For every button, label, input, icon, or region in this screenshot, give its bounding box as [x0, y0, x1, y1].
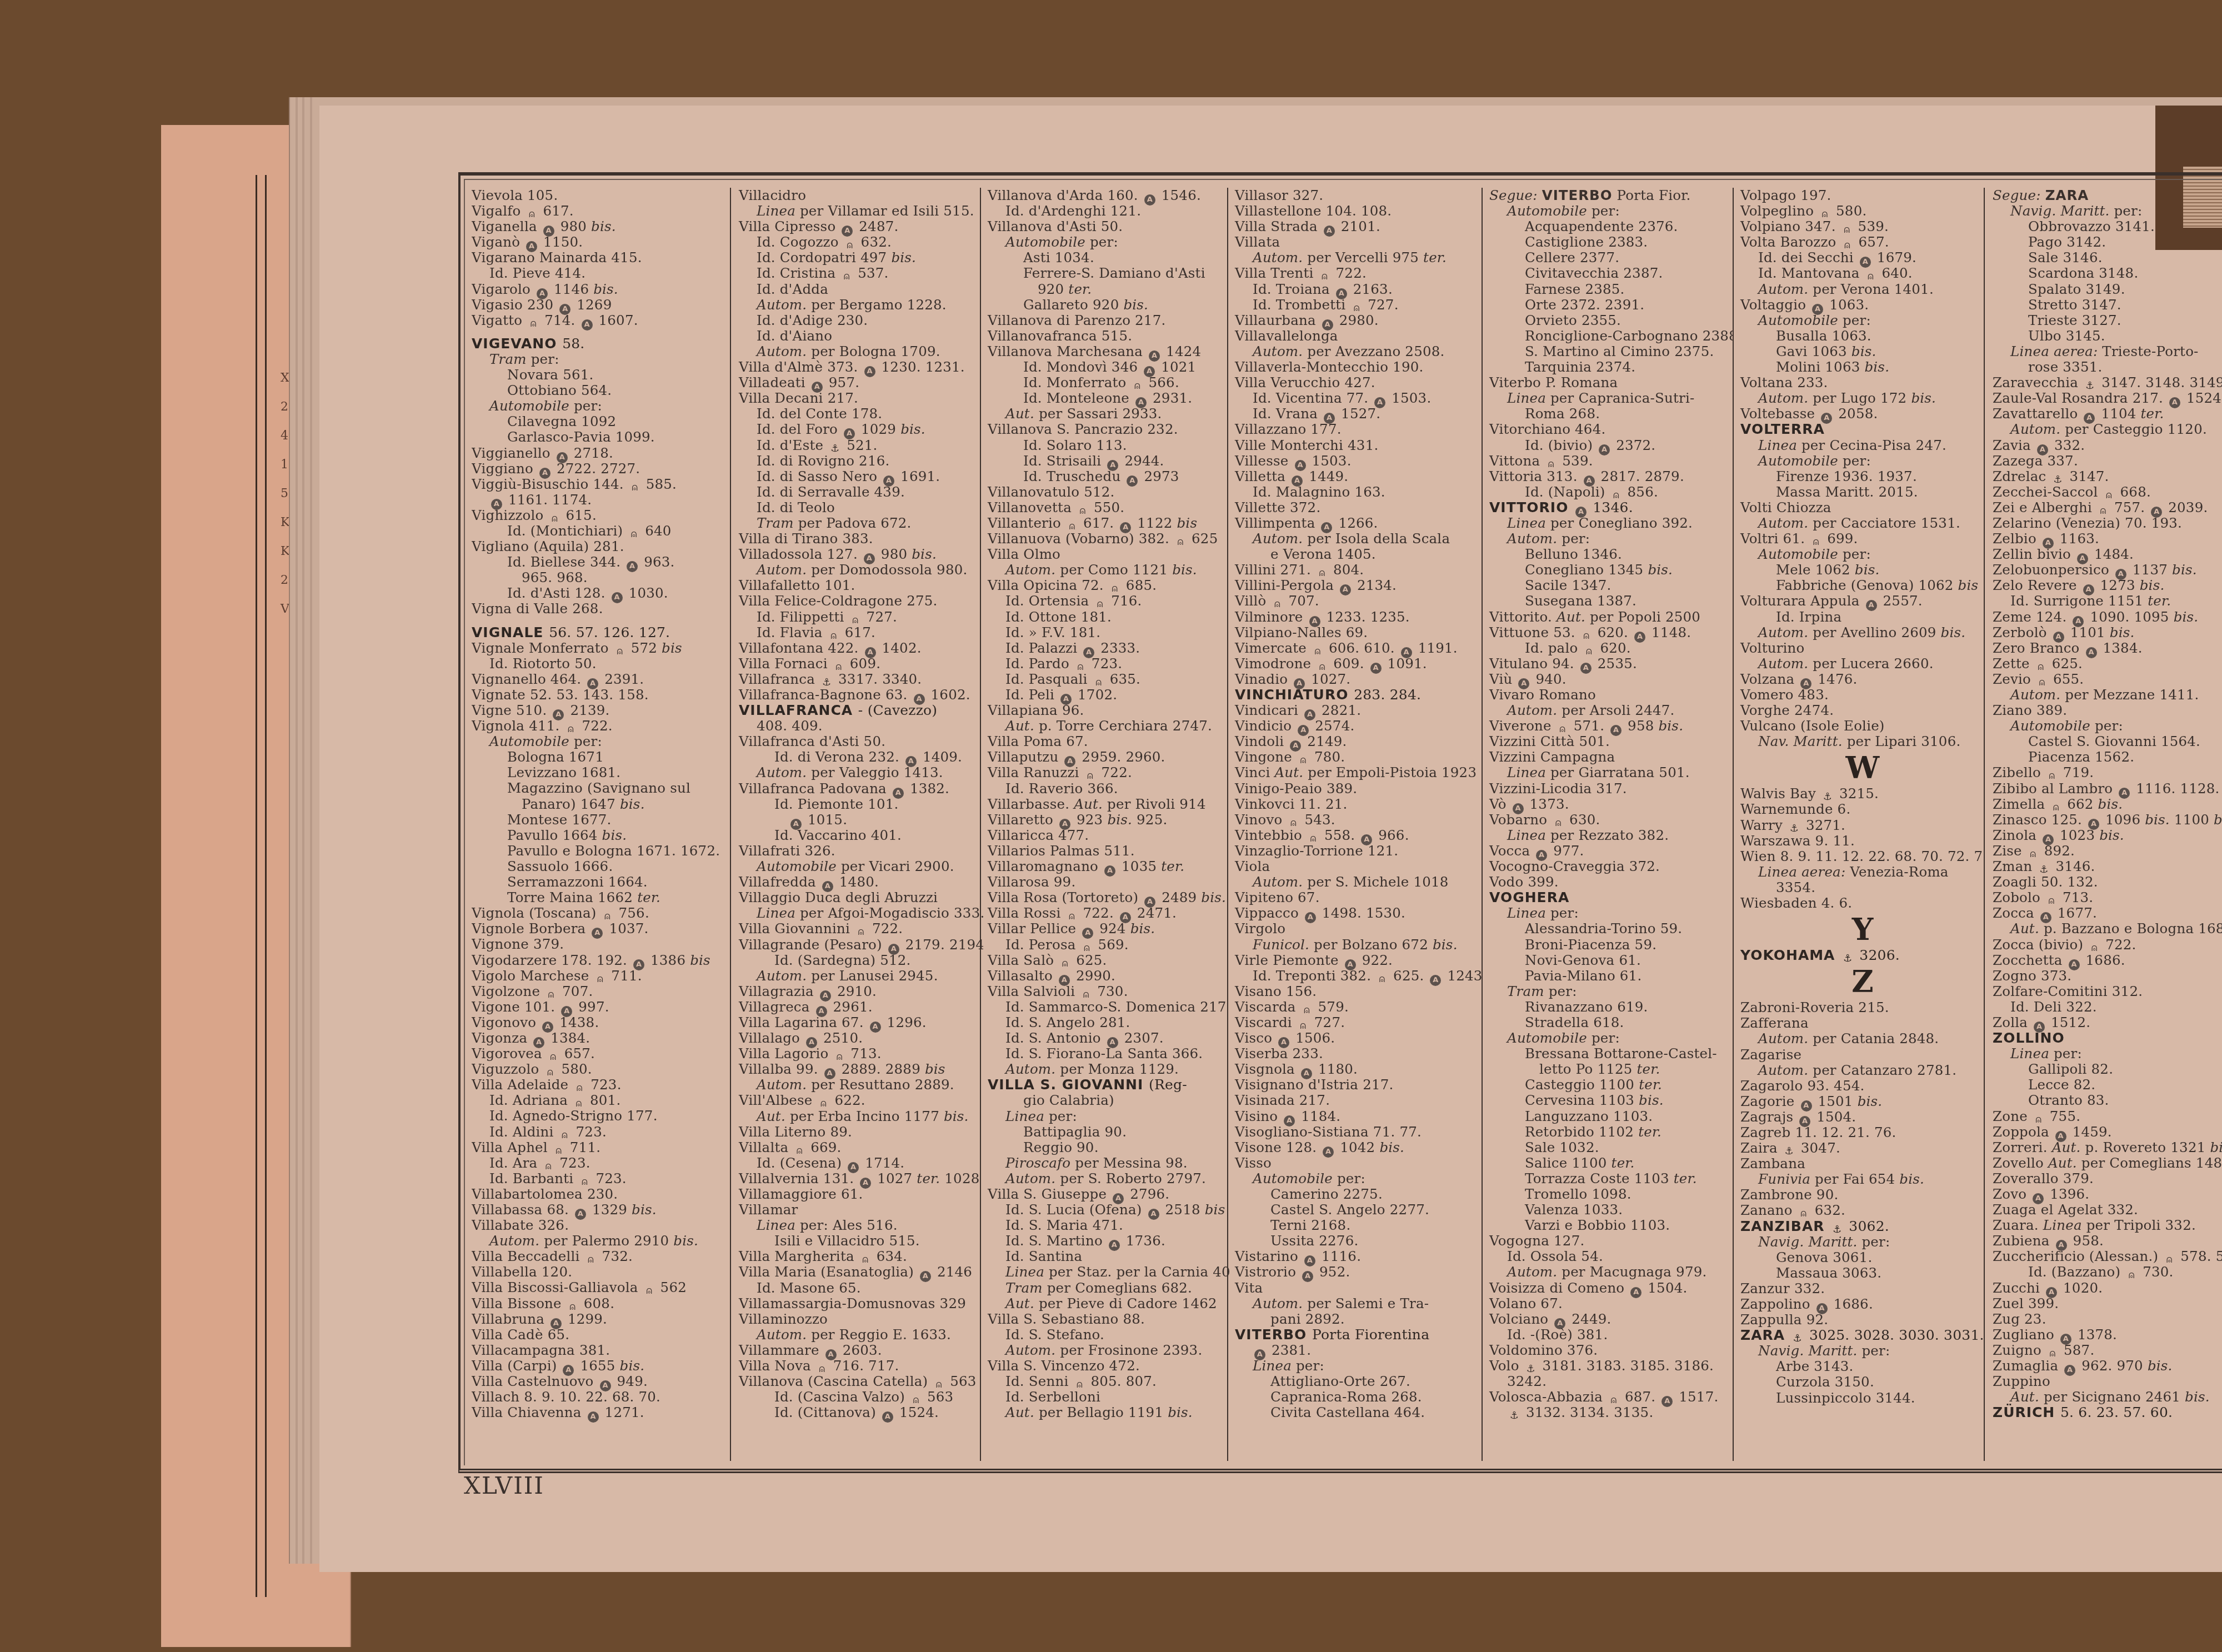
index-subentry: Tram per:: [1489, 984, 1734, 999]
italic-annotation: bis.: [620, 1358, 645, 1374]
headword-entry: VIGEVANO 58.: [472, 336, 722, 352]
headword-references: 58.: [562, 336, 584, 352]
italic-annotation: Aut.: [1005, 1404, 1034, 1420]
index-entry: Visino A 1184.: [1235, 1109, 1483, 1124]
index-subentry: Automobile per:: [1489, 1030, 1734, 1046]
index-subentry: Autom. per Bergamo 1228.: [739, 297, 983, 313]
italic-annotation: Linea: [757, 905, 795, 921]
index-entry: Villalvernia 131. A 1027 ter. 1028: [739, 1171, 983, 1187]
index-entry: Villazzano 177.: [1235, 422, 1483, 437]
index-entry: Villaretto A 923 bis. 925.: [988, 812, 1230, 828]
italic-annotation: ter.: [1612, 1155, 1635, 1171]
headword-entry: ZOLLINO: [1993, 1030, 2222, 1046]
automobile-circle-icon: A: [870, 1022, 881, 1033]
index-subentry: Autom. per Reggio E. 1633.: [739, 1327, 983, 1343]
page-number: XLVIII: [464, 1472, 544, 1499]
index-subentry: Linea per:: [1489, 905, 1734, 921]
italic-annotation: bis.: [1858, 1093, 1883, 1109]
index-entry: Zelo Revere A 1273 bis.: [1993, 578, 2222, 593]
index-entry: Villanovetta ⍝ 550.: [988, 500, 1230, 515]
index-subentry: Acquapendente 2376.: [1489, 219, 1734, 234]
index-entry: Vindoli A 2149.: [1235, 734, 1483, 749]
index-entry: Villa di Tirano 383.: [739, 531, 983, 547]
index-subentry: Ussita 2276.: [1235, 1233, 1483, 1249]
italic-annotation: Autom.: [1005, 1061, 1055, 1077]
automobile-circle-icon: A: [1104, 865, 1115, 877]
index-subentry: Linea per:: [1993, 1046, 2222, 1062]
headword: YOKOHAMA: [1740, 947, 1840, 963]
headword-continued: ZARA: [2045, 188, 2089, 203]
italic-annotation: bis.: [1107, 812, 1132, 828]
index-column-6: Volpago 197.Volpeglino ⍝ 580.Volpiano 34…: [1733, 188, 1985, 1461]
index-subentry: Aut. per Bellagio 1191 bis.: [988, 1405, 1230, 1420]
index-entry: Villa (Carpi) A 1655 bis.: [472, 1358, 722, 1374]
italic-annotation: Aut.: [1274, 764, 1303, 780]
headword-entry: VIGNALE 56. 57. 126. 127.: [472, 625, 722, 640]
italic-annotation: bis.: [602, 827, 627, 843]
index-subentry: Id. S. Lucia (Ofena) A 2518 bis: [988, 1202, 1230, 1218]
index-column-7: Segue: ZARANavig. Maritt. per:Obbrovazzo…: [1984, 188, 2222, 1461]
index-entry: Vistrorio A 952.: [1235, 1264, 1483, 1280]
index-entry: Visignano d'Istria 217.: [1235, 1077, 1483, 1093]
automobile-circle-icon: A: [575, 1209, 586, 1220]
index-entry: Vò A 1373.: [1489, 797, 1734, 812]
index-subentry: Levizzano 1681.: [472, 765, 722, 780]
index-entry: Villa Lagarina 67. A 1296.: [739, 1015, 983, 1030]
headword-entry: VITTORIO A 1346.: [1489, 500, 1734, 515]
italic-annotation: bis.: [1648, 562, 1673, 578]
index-entry: Vill'Albese ⍝ 622.: [739, 1093, 983, 1108]
index-entry: Zuel 399.: [1993, 1296, 2222, 1311]
index-entry: Villagrazia A 2910.: [739, 984, 983, 999]
index-subentry: Id. d'Este ⚓ 521.: [739, 438, 983, 453]
index-entry: Vippacco A 1498. 1530.: [1235, 905, 1483, 921]
index-subentry: Navig. Maritt. per:: [1993, 203, 2222, 219]
italic-annotation: bis.: [1168, 1404, 1193, 1420]
italic-annotation: Tram: [1507, 983, 1544, 999]
automobile-circle-icon: A: [1109, 1240, 1120, 1251]
index-entry: Vigne 510. A 2139.: [472, 703, 722, 718]
index-subentry: Conegliano 1345 bis.: [1489, 562, 1734, 578]
index-subentry: Mele 1062 bis.: [1740, 562, 1985, 578]
index-subentry: S. Martino al Cimino 2375.: [1489, 344, 1734, 359]
italic-annotation: Autom.: [1253, 249, 1303, 266]
italic-annotation: Autom.: [1758, 281, 1808, 297]
italic-annotation: bis.: [1864, 359, 1889, 375]
index-entry: Vigorovea ⍝ 657.: [472, 1046, 722, 1062]
index-subentry: Automobile per Vicari 2900.: [739, 859, 983, 874]
index-entry: Virle Piemonte A 922.: [1235, 953, 1483, 968]
index-subentry: Lussinpiccolo 3144.: [1740, 1390, 1985, 1406]
headword-entry: ZÜRICH 5. 6. 23. 57. 60.: [1993, 1405, 2222, 1420]
italic-annotation: Autom.: [1253, 343, 1303, 359]
index-subentry: Busalla 1063.: [1740, 328, 1985, 344]
italic-annotation: Autom.: [1507, 702, 1557, 718]
index-entry: Villa Cipresso A 2487.: [739, 219, 983, 234]
italic-annotation: Autom.: [1507, 530, 1557, 547]
index-entry: Voltri 61. ⍝ 699.: [1740, 531, 1985, 547]
index-entry: Viggiù-Bisuschio 144. ⍝ 585.: [472, 477, 722, 492]
index-entry: Vinkovci 11. 21.: [1235, 797, 1483, 812]
index-entry: Viggiano A 2722. 2727.: [472, 461, 722, 477]
index-subentry: Id. di Teolo: [739, 500, 983, 515]
ship-anchor-icon: ⚓: [1509, 1410, 1520, 1422]
underlying-page-border: [256, 175, 267, 1597]
index-entry: Warnemunde 6.: [1740, 802, 1985, 817]
index-subentry: Id. dei Secchi A 1679.: [1740, 250, 1985, 266]
index-entry: Villa Biscossi-Galliavola ⍝ 562: [472, 1280, 722, 1295]
index-entry: Villalago A 2510.: [739, 1030, 983, 1046]
italic-annotation: bis: [1958, 577, 1979, 593]
headword: ZOLLINO: [1993, 1030, 2065, 1046]
index-entry: Vistarino A 1116.: [1235, 1249, 1483, 1264]
index-subentry: Varzi e Bobbio 1103.: [1489, 1218, 1734, 1233]
headword: VILLA S. GIOVANNI: [988, 1077, 1149, 1093]
index-subentry: Belluno 1346.: [1489, 547, 1734, 562]
index-entry: Zuccherificio (Alessan.) ⍝ 578. 581: [1993, 1249, 2222, 1264]
index-subentry: Orvieto 2355.: [1489, 313, 1734, 328]
index-entry: Volturino: [1740, 640, 1985, 656]
index-entry: Viscardi ⍝ 727.: [1235, 1015, 1483, 1030]
headword: ZARA: [1740, 1327, 1790, 1343]
index-subentry: Id. (Bazzano) ⍝ 730.: [1993, 1264, 2222, 1280]
index-subentry: Id. Mantovana ⍝ 640.: [1740, 266, 1985, 281]
index-entry: Villanovatulo 512.: [988, 484, 1230, 500]
index-entry: Voltaggio A 1063.: [1740, 297, 1985, 313]
tram-bell-icon: ⍝: [528, 318, 538, 330]
italic-annotation: Autom.: [757, 1077, 807, 1093]
index-subentry: Autom. per S. Roberto 2797.: [988, 1171, 1230, 1187]
index-entry: Viguzzolo ⍝ 580.: [472, 1062, 722, 1077]
index-subentry: Massa Maritt. 2015.: [1740, 484, 1985, 500]
index-entry: Villa Lagorio ⍝ 713.: [739, 1046, 983, 1062]
index-subentry: Id. Serbelloni: [988, 1389, 1230, 1405]
headword: VITERBO: [1235, 1326, 1312, 1343]
italic-annotation: ter.: [917, 1170, 940, 1187]
index-subentry: Id. Cristina ⍝ 537.: [739, 266, 983, 281]
index-subentry: Autom. per Catanzaro 2781.: [1740, 1063, 1985, 1078]
italic-annotation: Automobile: [1253, 1170, 1333, 1187]
index-subentry: Id. Filippetti ⍝ 727.: [739, 609, 983, 625]
index-entry: Villò ⍝ 707.: [1235, 593, 1483, 609]
index-entry: Villaricca 477.: [988, 828, 1230, 843]
index-subentry: Linea per Staz. per la Carnia 400: [988, 1264, 1230, 1280]
index-subentry: Id. (Cascina Valzo) ⍝ 563: [739, 1389, 983, 1405]
italic-annotation: Automobile: [2010, 718, 2090, 734]
automobile-circle-icon: A: [1370, 663, 1382, 674]
index-entry: Vivaro Romano: [1489, 687, 1734, 703]
index-subentry: Id. Cogozzo ⍝ 632.: [739, 234, 983, 250]
italic-annotation: Linea: [1005, 1108, 1044, 1124]
index-entry: Villaputzu A 2959. 2960.: [988, 749, 1230, 765]
tram-bell-icon: ⍝: [1175, 536, 1185, 548]
index-subentry: Id. Irpina: [1740, 609, 1985, 625]
index-entry: Zuaga el Agelat 332.: [1993, 1202, 2222, 1218]
index-subentry: Scardona 3148.: [1993, 266, 2222, 281]
index-subentry: Ferrere-S. Damiano d'Asti: [988, 266, 1230, 281]
index-subentry: Roma 268.: [1489, 406, 1734, 422]
automobile-circle-icon: A: [1324, 226, 1335, 237]
index-subentry: Id. Raverio 366.: [988, 781, 1230, 797]
index-entry: Villafranca ⚓ 3317. 3340.: [739, 672, 983, 687]
index-subentry: Sassuolo 1666.: [472, 859, 722, 874]
index-entry: Villafontana 422. A 1402.: [739, 640, 983, 656]
index-subentry: Id. Monteleone A 2931.: [988, 391, 1230, 406]
italic-annotation: bis.: [1941, 624, 1966, 640]
index-entry: Villini-Pergola A 2134.: [1235, 578, 1483, 593]
tram-bell-icon: ⍝: [630, 482, 640, 494]
italic-annotation: Autom.: [1253, 874, 1303, 890]
index-subentry: Nav. Maritt. per Lipari 3106.: [1740, 734, 1985, 749]
section-letter: Z: [1740, 963, 1985, 1000]
italic-annotation: bis.: [1899, 1171, 1924, 1187]
index-entry: Villimpenta A 1266.: [1235, 515, 1483, 531]
index-subentry: Id. d'Adige 230.: [739, 313, 983, 328]
headword-references: ⚓ 3206.: [1840, 947, 1900, 963]
italic-annotation: Autom.: [757, 297, 807, 313]
index-entry: Zolla A 1512.: [1993, 1015, 2222, 1030]
index-entry: Vogogna 127.: [1489, 1233, 1734, 1249]
index-subentry: Id. Agnedo-Strigno 177.: [472, 1108, 722, 1124]
page-edge: [302, 97, 304, 1564]
tram-bell-icon: ⍝: [586, 1254, 596, 1266]
index-entry: Zei e Alberghi ⍝ 757. A 2039.: [1993, 500, 2222, 515]
index-subentry: Id. (bivio) A 2372.: [1489, 438, 1734, 453]
index-subentry: Id. Flavia ⍝ 617.: [739, 625, 983, 640]
index-entry: Volzana A 1476.: [1740, 672, 1985, 687]
index-entry: Vigone 101. A 997.: [472, 999, 722, 1015]
headword-references: - (Cavezzo): [858, 702, 937, 718]
index-entry: Zovo A 1396.: [1993, 1187, 2222, 1202]
index-entry: Villasor 327.: [1235, 188, 1483, 203]
index-subentry: Sacile 1347.: [1489, 578, 1734, 593]
italic-annotation: Navig. Maritt.: [2010, 203, 2110, 219]
italic-annotation: ter.: [1674, 1170, 1697, 1187]
index-subentry: Automobile per:: [472, 734, 722, 749]
italic-annotation: Aut.: [1005, 1295, 1034, 1311]
tram-bell-icon: ⍝: [615, 645, 625, 658]
index-subentry: Id. Ossola 54.: [1489, 1249, 1734, 1264]
index-subentry: Autom. per Avellino 2609 bis.: [1740, 625, 1985, 640]
italic-annotation: bis.: [900, 421, 925, 437]
index-entry: Villanova di Parenzo 217.: [988, 313, 1230, 328]
italic-annotation: Linea: [1507, 515, 1546, 531]
index-entry: Villapiana 96.: [988, 703, 1230, 718]
headword-references: A 1346.: [1574, 499, 1633, 515]
index-subentry: Linea per Villamar ed Isili 515.: [739, 203, 983, 219]
index-entry: Villa S. Giuseppe A 2796.: [988, 1187, 1230, 1202]
index-subentry: Gallipoli 82.: [1993, 1062, 2222, 1077]
index-entry: Zelbio A 1163.: [1993, 531, 2222, 547]
italic-annotation: Segue:: [1993, 188, 2041, 203]
section-letter: Y: [1740, 911, 1985, 948]
index-subentry: Automobile per:: [1489, 203, 1734, 219]
italic-annotation: ter.: [2141, 406, 2164, 422]
index-entry: Vittorito. Aut. per Popoli 2500: [1489, 609, 1734, 625]
index-subentry: Automobile per:: [1740, 547, 1985, 562]
italic-annotation: bis.: [2098, 796, 2123, 812]
index-entry: Viscarda ⍝ 579.: [1235, 999, 1483, 1015]
index-subentry: Curzola 3150.: [1740, 1374, 1985, 1390]
index-entry: Viverone ⍝ 571. A 958 bis.: [1489, 718, 1734, 734]
index-subentry: ⚓ 3132. 3134. 3135.: [1489, 1405, 1734, 1420]
italic-annotation: bis: [2210, 1139, 2222, 1155]
index-subentry: Autom. per Monza 1129.: [988, 1062, 1230, 1077]
index-subentry: Autom. per Catania 2848.: [1740, 1031, 1985, 1047]
index-entry: Villa Verucchio 427.: [1235, 375, 1483, 391]
index-subentry: Id. Monferrato ⍝ 566.: [988, 375, 1230, 391]
index-entry: Vizzini Città 501.: [1489, 734, 1734, 749]
index-entry: Villa Adelaide ⍝ 723.: [472, 1077, 722, 1093]
italic-annotation: Linea: [1507, 905, 1546, 921]
index-subentry: Aut. per Sassari 2933.: [988, 406, 1230, 422]
index-subentry: Autom. per Resuttano 2889.: [739, 1077, 983, 1093]
italic-annotation: bis: [1205, 1202, 1225, 1218]
index-subentry: Id. Strisaili A 2944.: [988, 453, 1230, 469]
index-subentry: Id. Pieve 414.: [472, 266, 722, 281]
index-entry: Villette 372.: [1235, 500, 1483, 515]
index-entry: Visone 128. A 1042 bis.: [1235, 1140, 1483, 1155]
index-entry: Viserba 233.: [1235, 1046, 1483, 1062]
index-table-frame: Vievola 105.Vigalfo ⍝ 617.Viganella A 98…: [458, 172, 2222, 1473]
index-subentry: Piacenza 1562.: [1993, 749, 2222, 765]
index-entry: Zappolino A 1686.: [1740, 1296, 1985, 1312]
index-subentry: Automobile per:: [1740, 453, 1985, 469]
italic-annotation: bis.: [1172, 562, 1197, 578]
italic-annotation: bis.: [1911, 390, 1936, 406]
index-subentry: Id. d'Adda: [739, 282, 983, 297]
index-entry: Villabella 120.: [472, 1264, 722, 1280]
index-entry: Warry ⚓ 3271.: [1740, 818, 1985, 833]
index-entry: Zafferana: [1740, 1015, 1985, 1031]
italic-annotation: Linea: [1507, 827, 1546, 843]
italic-annotation: bis.: [1639, 1092, 1664, 1108]
index-entry: Zobolo ⍝ 713.: [1993, 890, 2222, 905]
tram-bell-icon: ⍝: [644, 1285, 654, 1297]
italic-annotation: ter.: [1068, 281, 1092, 297]
index-entry: Villaurbana A 2980.: [1235, 313, 1483, 328]
italic-annotation: Piroscafo: [1005, 1155, 1070, 1171]
index-subentry: Id. Aldini ⍝ 723.: [472, 1124, 722, 1140]
index-entry: Villafranca-Bagnone 63. A 1602.: [739, 687, 983, 703]
index-subentry: Autom. per Domodossola 980.: [739, 562, 983, 578]
index-entry: Zocca (bivio) ⍝ 722.: [1993, 937, 2222, 953]
index-subentry: Id. Mondovì 346 A 1021: [988, 359, 1230, 375]
italic-annotation: Linea: [1758, 437, 1797, 453]
index-subentry: Arbe 3143.: [1740, 1359, 1985, 1374]
index-subentry: Languzzano 1103.: [1489, 1109, 1734, 1124]
index-subentry: Id. (Cittanova) A 1524.: [739, 1405, 983, 1420]
italic-annotation: bis.: [2140, 577, 2165, 593]
index-subentry: Automobile per:: [988, 234, 1230, 250]
index-subentry: Automobile per:: [1235, 1171, 1483, 1187]
automobile-circle-icon: A: [612, 592, 623, 603]
index-subentry: Salice 1100 ter.: [1489, 1155, 1734, 1171]
index-subentry: Castel S. Giovanni 1564.: [1993, 734, 2222, 749]
index-entry: Villa Bissone ⍝ 608.: [472, 1296, 722, 1311]
italic-annotation: ter.: [1638, 1124, 1662, 1140]
index-column-3: Villanova d'Arda 160. A 1546.Id. d'Arden…: [980, 188, 1230, 1461]
index-subentry: Sale 3146.: [1993, 250, 2222, 266]
italic-annotation: bis: [690, 952, 710, 968]
index-entry: Villa Opicina 72. ⍝ 685.: [988, 578, 1230, 593]
index-subentry: Id. Trombetti ⍝ 727.: [1235, 297, 1483, 313]
index-subentry: Id. Surrigone 1151 ter.: [1993, 593, 2222, 609]
italic-annotation: bis.: [1379, 1139, 1404, 1155]
index-entry: Zimella ⍝ 662 bis.: [1993, 797, 2222, 812]
index-entry: Villaggio Duca degli Abruzzi: [739, 890, 983, 905]
index-entry: Volta Barozzo ⍝ 657.: [1740, 234, 1985, 250]
index-subentry: Torre Maina 1662 ter.: [472, 890, 722, 905]
headword-entry: YOKOHAMA ⚓ 3206.: [1740, 948, 1985, 963]
index-subentry: Ulbo 3145.: [1993, 328, 2222, 344]
index-subentry: Lecce 82.: [1993, 1077, 2222, 1093]
italic-annotation: bis.: [2110, 624, 2135, 640]
index-entry: Voltebasse A 2058.: [1740, 406, 1985, 422]
headword-entry: ZANZIBAR ⚓ 3062.: [1740, 1219, 1985, 1234]
index-subentry: Linea per: Ales 516.: [739, 1218, 983, 1233]
index-entry: Vignale Monferrato ⍝ 572 bis: [472, 640, 722, 656]
italic-annotation: Autom.: [1758, 624, 1808, 640]
headword: VINCHIATURO: [1235, 687, 1354, 703]
index-entry: Zuara. Linea per Tripoli 332.: [1993, 1218, 2222, 1233]
index-entry: Walvis Bay ⚓ 3215.: [1740, 786, 1985, 802]
index-subentry: Id. Masone 65.: [739, 1280, 983, 1296]
index-entry: Wien 8. 9. 11. 12. 22. 68. 70. 72. 75.: [1740, 849, 1985, 864]
headword-entry: VINCHIATURO 283. 284.: [1235, 687, 1483, 703]
index-entry: Zinasco 125. A 1096 bis. 1100 bis.: [1993, 812, 2222, 828]
index-entry: Voldomino 376.: [1489, 1343, 1734, 1358]
italic-annotation: bis.: [2145, 812, 2170, 828]
index-subentry: Id. d'Asti 128. A 1030.: [472, 585, 722, 601]
index-entry: Villadossola 127. A 980 bis.: [739, 547, 983, 562]
italic-annotation: Linea: [1507, 764, 1546, 780]
italic-annotation: bis.: [1130, 920, 1155, 937]
italic-annotation: bis.: [2099, 827, 2124, 843]
italic-annotation: Autom.: [757, 1326, 807, 1343]
index-entry: Villabruna A 1299.: [472, 1311, 722, 1327]
index-entry: Zellin bivio A 1484.: [1993, 547, 2222, 562]
index-entry: Vinzaglio-Torrione 121.: [1235, 843, 1483, 859]
index-entry: Vocogno-Craveggia 372.: [1489, 859, 1734, 874]
index-entry: Villa Rossi ⍝ 722. A 2471.: [988, 905, 1230, 921]
index-entry: Vigolo Marchese ⍝ 711.: [472, 968, 722, 984]
index-subentry: Linea per Rezzato 382.: [1489, 828, 1734, 843]
automobile-circle-icon: A: [1127, 475, 1138, 487]
italic-annotation: bis.: [891, 249, 916, 266]
italic-annotation: Automobile: [1005, 234, 1085, 250]
index-entry: Villa Felice-Coldragone 275.: [739, 593, 983, 609]
italic-annotation: Autom.: [1005, 1170, 1055, 1187]
index-entry: Volti Chiozza: [1740, 500, 1985, 515]
italic-annotation: bis.: [944, 1108, 969, 1124]
automobile-circle-icon: A: [1634, 632, 1645, 643]
headword-references: 56. 57. 126. 127.: [549, 624, 670, 640]
index-entry: Vinci Aut. per Empoli-Pistoia 1923: [1235, 765, 1483, 780]
index-subentry: Id. di Sasso Nero A 1691.: [739, 469, 983, 484]
index-subentry: Genova 3061.: [1740, 1250, 1985, 1265]
index-entry: Zogno 373.: [1993, 968, 2222, 984]
italic-annotation: bis.: [1851, 343, 1876, 359]
index-entry: Segue: ZARA: [1993, 188, 2222, 203]
index-subentry: Autom. per Mezzane 1411.: [1993, 687, 2222, 703]
index-entry: Villanuova (Vobarno) 382. ⍝ 625: [988, 531, 1230, 547]
index-entry: Vignole Borbera A 1037.: [472, 921, 722, 937]
italic-annotation: bis: [925, 1061, 945, 1077]
index-entry: Villa S. Sebastiano 88.: [988, 1311, 1230, 1327]
index-subentry: Attigliano-Orte 267.: [1235, 1374, 1483, 1389]
index-entry: Villar Pellice A 924 bis.: [988, 921, 1230, 937]
